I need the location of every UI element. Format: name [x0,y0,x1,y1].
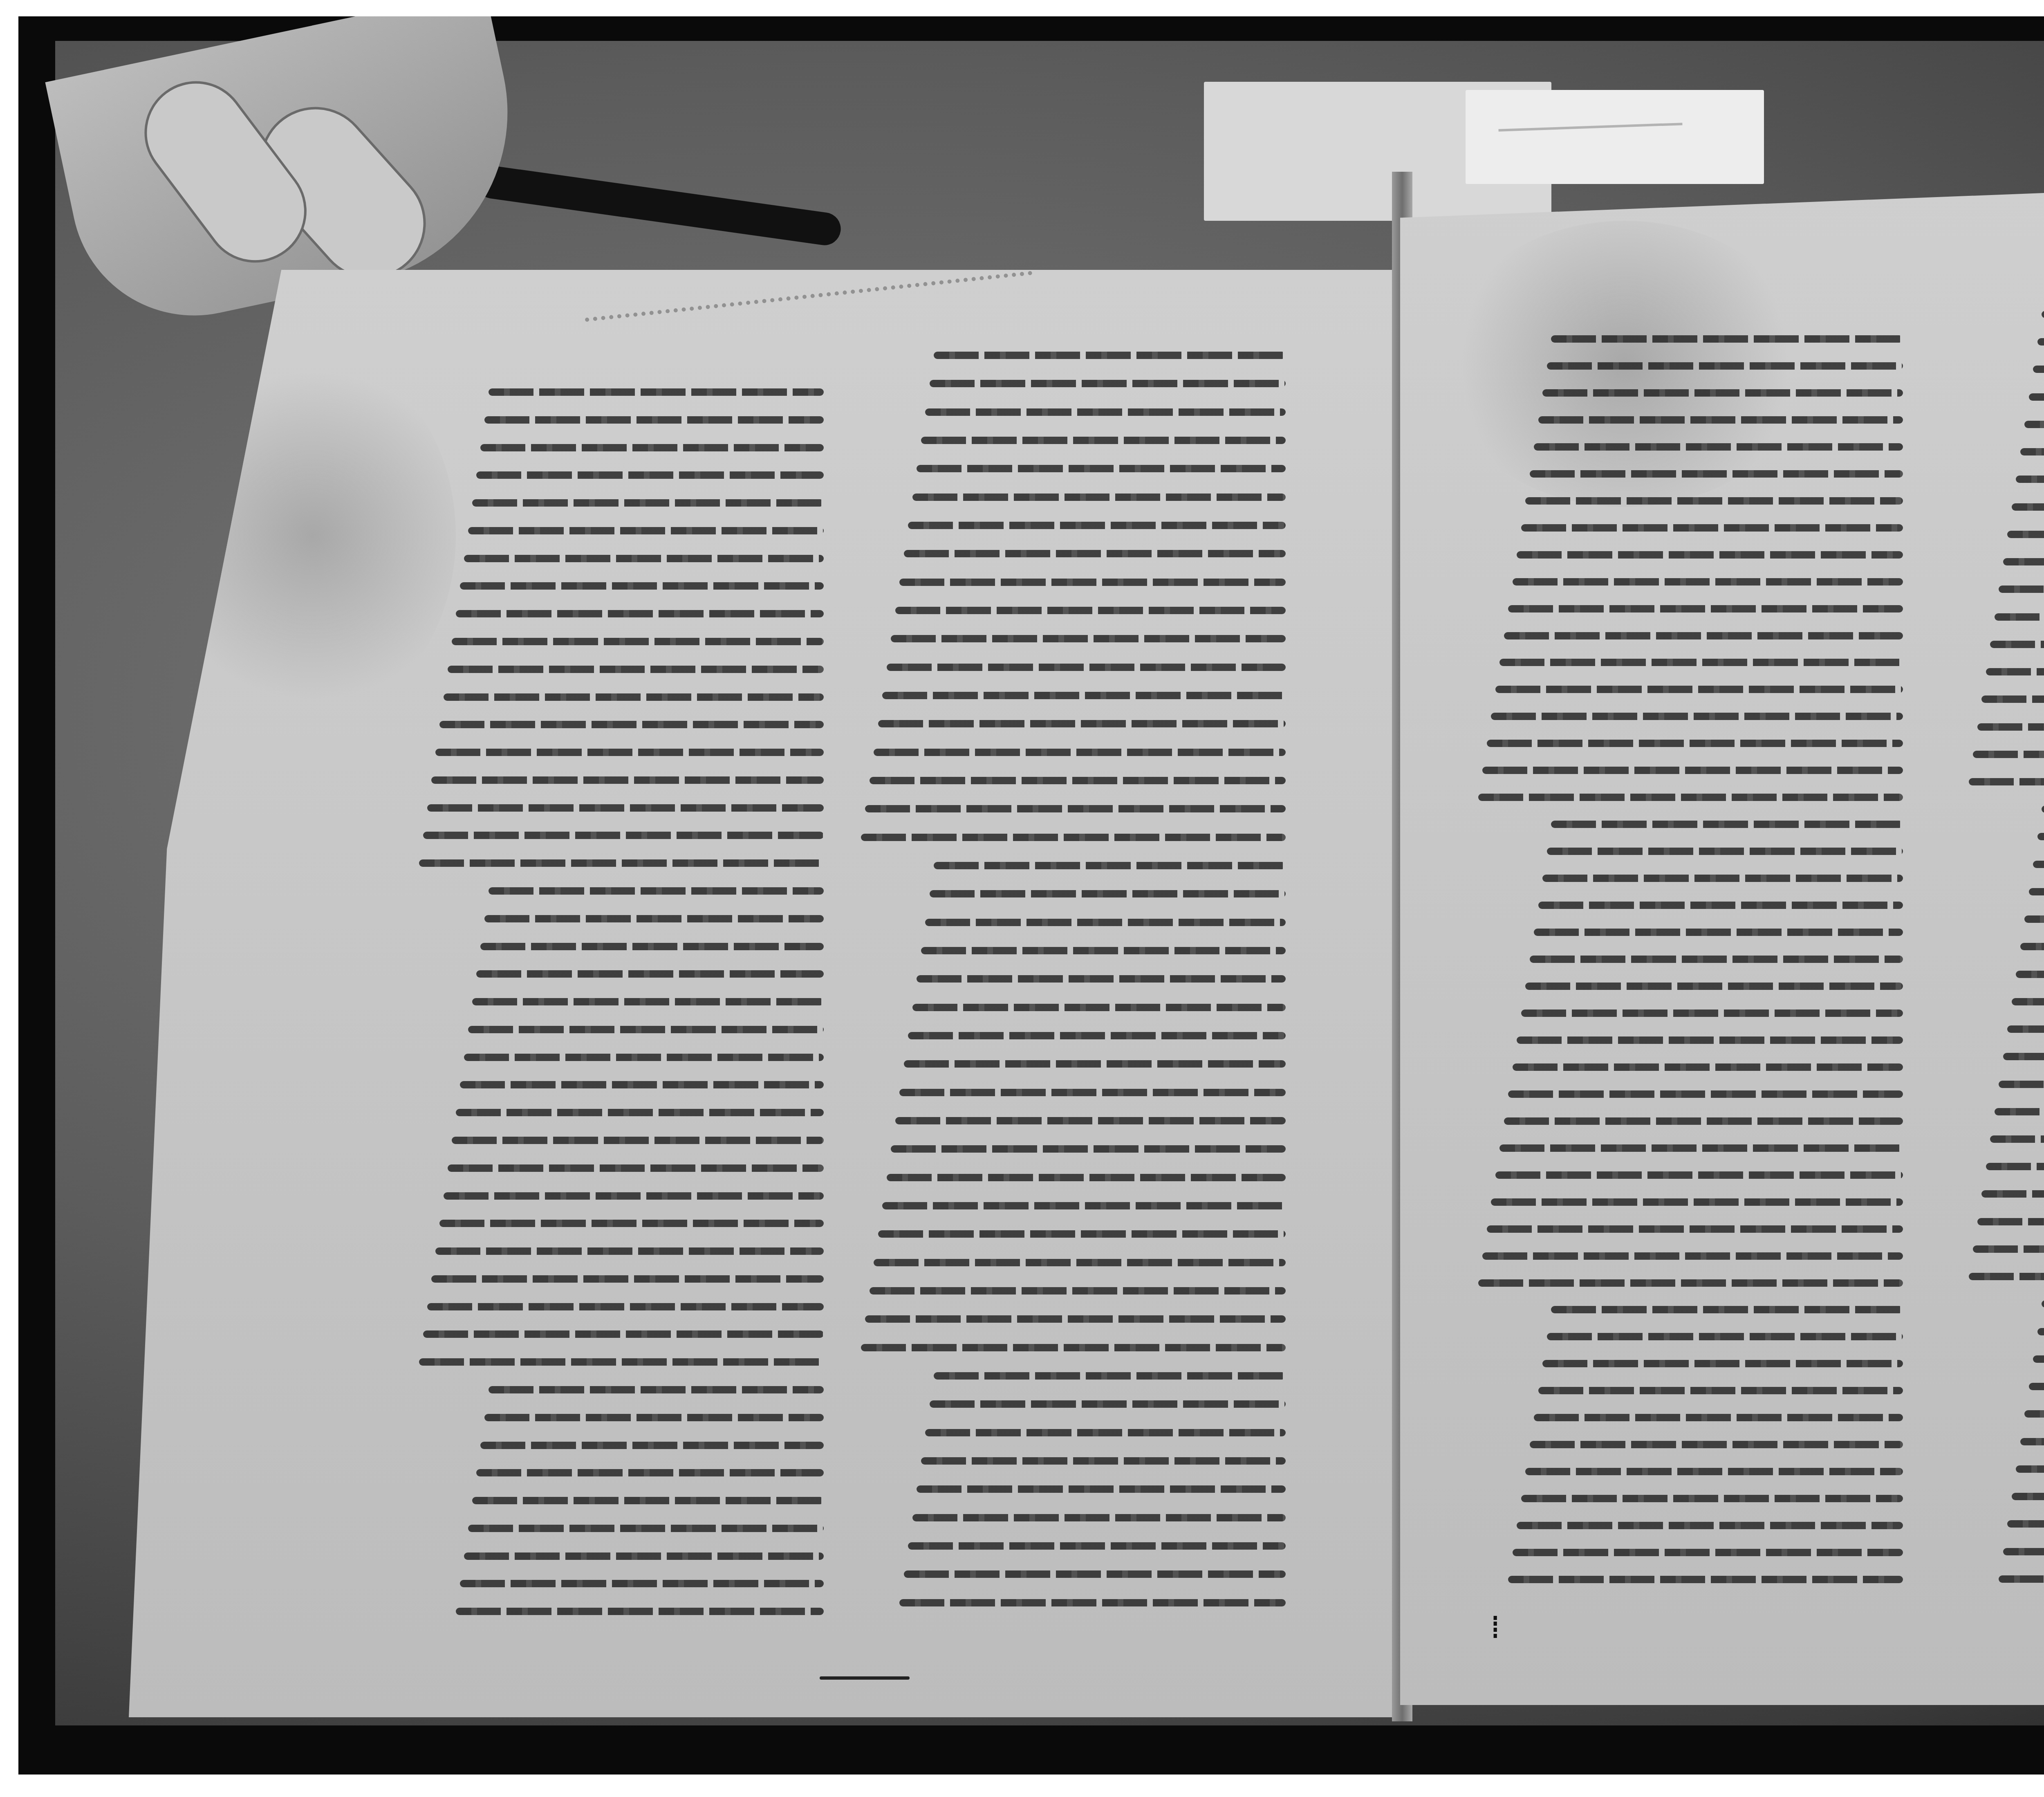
manuscript-line [1977,1218,2044,1225]
manuscript-line [882,692,1286,699]
manuscript-line [917,1485,1286,1493]
manuscript-line [899,579,1286,586]
manuscript-line [431,776,824,784]
manuscript-line [1986,1163,2044,1170]
manuscript-line [460,1580,824,1587]
manuscript-line [2037,338,2044,345]
manuscript-line [460,1081,824,1088]
manuscript-line [1482,767,1903,774]
manuscript-line [930,380,1286,387]
manuscript-line [1538,1387,1903,1394]
manuscript-line [1999,586,2044,593]
manuscript-line [1525,1468,1903,1475]
manuscript-line [460,582,824,590]
text-column-right-page-2 [1964,311,2044,1603]
manuscript-line [895,607,1286,614]
manuscript-line [1534,443,1903,451]
manuscript-line [1986,668,2044,675]
manuscript-line [887,664,1286,671]
manuscript-line [908,1032,1286,1039]
manuscript-line [452,638,824,645]
manuscript-line [930,890,1286,897]
manuscript-line [480,444,824,451]
manuscript-line [2020,943,2044,950]
manuscript-line [908,522,1286,529]
end-of-text-mark: ⁞ [1490,1611,1515,1644]
manuscript-line [472,499,824,507]
manuscript-line [472,998,824,1005]
manuscript-line [904,1570,1286,1578]
manuscript-line [2029,888,2044,895]
manuscript-line [2033,861,2044,868]
manuscript-line [1538,902,1903,909]
manuscript-line [1495,686,1903,693]
photo-frame: ⁞ [18,16,2044,1775]
manuscript-line [1521,1495,1903,1502]
manuscript-line [870,1287,1286,1294]
manuscript-line [419,859,824,867]
manuscript-line [1542,1360,1903,1367]
manuscript-line [468,1525,824,1532]
manuscript-line [1969,1273,2044,1280]
manuscript-line [444,1192,824,1200]
manuscript-line [917,975,1286,983]
manuscript-line [2029,1383,2044,1390]
manuscript-line [480,1442,824,1449]
manuscript-line [921,947,1286,954]
manuscript-line [899,1599,1286,1606]
manuscript-line [476,471,824,479]
manuscript-line [1530,1441,1903,1448]
manuscript-line [484,416,824,424]
manuscript-line [489,887,824,895]
manuscript-line [1547,1333,1903,1340]
manuscript-line [934,1372,1286,1380]
manuscript-line [1990,641,2044,648]
manuscript-line [1517,1522,1903,1529]
manuscript-line [2042,1300,2044,1308]
manuscript-line [1990,1135,2044,1143]
manuscript-line [1517,1036,1903,1044]
manuscript-line [2042,311,2044,318]
manuscript-line [1491,713,1903,720]
manuscript-line [2029,393,2044,401]
manuscript-line [1478,1279,1903,1287]
manuscript-line [2007,531,2044,538]
left-page [129,270,1400,1717]
manuscript-line [1513,1549,1903,1556]
manuscript-line [1487,740,1903,747]
manuscript-line [472,1497,824,1504]
manuscript-line [439,721,824,728]
manuscript-line [427,804,824,812]
manuscript-line [878,720,1286,727]
manuscript-line [908,1542,1286,1550]
manuscript-line [1977,723,2044,731]
manuscript-line [1513,578,1903,586]
manuscript-line [2033,1355,2044,1363]
manuscript-line [456,1109,824,1116]
manuscript-line [1999,1575,2044,1583]
manuscript-line [861,1344,1286,1351]
manuscript-line [1551,1306,1903,1313]
manuscript-line [456,610,824,617]
manuscript-line [925,408,1286,416]
manuscript-line [1513,1063,1903,1071]
manuscript-line [484,915,824,922]
manuscript-line [464,1552,824,1560]
manuscript-line [934,862,1286,869]
manuscript-line [452,1137,824,1144]
manuscript-line [1504,632,1903,639]
manuscript-line [2020,1438,2044,1445]
manuscript-line [435,749,824,756]
manuscript-line [2007,1025,2044,1033]
manuscript-line [468,527,824,534]
manuscript-line [912,1004,1286,1011]
manuscript-line [2024,915,2044,923]
manuscript-line [861,834,1286,841]
manuscript-line [435,1247,824,1255]
manuscript-line [1551,335,1903,343]
manuscript-line [1973,1245,2044,1253]
manuscript-line [1999,1081,2044,1088]
manuscript-line [1530,956,1903,963]
manuscript-line [456,1608,824,1615]
manuscript-line [1525,497,1903,505]
manuscript-line [2042,805,2044,813]
manuscript-line [2012,503,2044,511]
manuscript-line [1495,1171,1903,1179]
text-column-left-page-1 [415,388,824,1635]
manuscript-line [1547,848,1903,855]
manuscript-line [1508,605,1903,612]
manuscript-line [1530,470,1903,478]
manuscript-line [1542,875,1903,882]
tag-handwriting [1498,111,1683,132]
manuscript-line [2003,1053,2044,1060]
manuscript-line [431,1275,824,1283]
manuscript-line [1995,613,2044,621]
manuscript-line [865,1315,1286,1323]
manuscript-line [480,943,824,950]
manuscript-line [476,1469,824,1476]
manuscript-line [1521,524,1903,532]
manuscript-line [1499,659,1903,666]
manuscript-line [917,465,1286,472]
manuscript-line [2037,833,2044,840]
manuscript-line [489,388,824,396]
manuscript-line [1542,389,1903,397]
manuscript-line [448,666,824,673]
manuscript-line [2007,1520,2044,1528]
manuscript-line [464,1054,824,1061]
manuscript-line [925,919,1286,926]
right-page [1400,172,2044,1705]
manuscript-line [2016,476,2044,483]
manuscript-line [476,970,824,978]
manuscript-line [912,494,1286,501]
manuscript-line [1534,929,1903,936]
manuscript-line [1521,1010,1903,1017]
manuscript-line [489,1386,824,1393]
manuscript-line [874,749,1286,756]
manuscript-line [1981,1190,2044,1198]
manuscript-line [878,1230,1286,1238]
text-column-right-page-1 [1474,335,1903,1603]
manuscript-line [1499,1144,1903,1152]
manuscript-line [1981,695,2044,703]
manuscript-line [1973,751,2044,758]
manuscript-line [1534,1414,1903,1421]
manuscript-line [874,1259,1286,1266]
manuscript-line [2003,1548,2044,1555]
ink-stroke [820,1676,910,1680]
manuscript-line [2020,448,2044,455]
manuscript-line [887,1174,1286,1181]
manuscript-line [1547,362,1903,370]
manuscript-line [934,352,1286,359]
manuscript-line [921,1457,1286,1465]
catalog-tag [1466,90,1764,184]
manuscript-line [1491,1198,1903,1206]
manuscript-line [2024,1410,2044,1418]
manuscript-line [904,550,1286,557]
manuscript-line [1517,551,1903,559]
manuscript-line [2003,558,2044,565]
manuscript-line [925,1429,1286,1436]
manuscript-line [1508,1576,1903,1583]
manuscript-line [1995,1108,2044,1115]
manuscript-line [1482,1252,1903,1260]
manuscript-line [2016,1465,2044,1473]
manuscript-line [1969,778,2044,785]
manuscript-line [1508,1090,1903,1098]
manuscript-line [921,437,1286,444]
manuscript-line [2033,366,2044,373]
manuscript-line [891,635,1286,642]
manuscript-line [464,555,824,562]
manuscript-line [427,1303,824,1310]
manuscript-line [895,1117,1286,1124]
manuscript-line [2024,421,2044,428]
manuscript-line [899,1089,1286,1096]
manuscript-line [891,1145,1286,1153]
text-column-left-page-2 [856,352,1286,1627]
manuscript-line [882,1202,1286,1209]
manuscript-line [912,1514,1286,1521]
manuscript-line [2012,1493,2044,1500]
manuscript-line [448,1164,824,1172]
manuscript-line [439,1220,824,1227]
manuscript-line [423,832,824,839]
manuscript-line [1525,983,1903,990]
manuscript-line [1487,1225,1903,1233]
manuscript-line [484,1414,824,1421]
manuscript-line [468,1026,824,1033]
manuscript-line [930,1400,1286,1408]
manuscript-line [419,1358,824,1366]
manuscript-line [1504,1117,1903,1125]
manuscript-line [2037,1328,2044,1335]
manuscript-line [1478,794,1903,801]
manuscript-line [423,1330,824,1338]
manuscript-line [870,777,1286,784]
manuscript-line [904,1060,1286,1068]
manuscript-line [2012,998,2044,1005]
manuscript-line [1551,821,1903,828]
manuscript-line [444,693,824,701]
manuscript-line [865,805,1286,812]
manuscript-line [2016,971,2044,978]
manuscript-line [1538,416,1903,424]
